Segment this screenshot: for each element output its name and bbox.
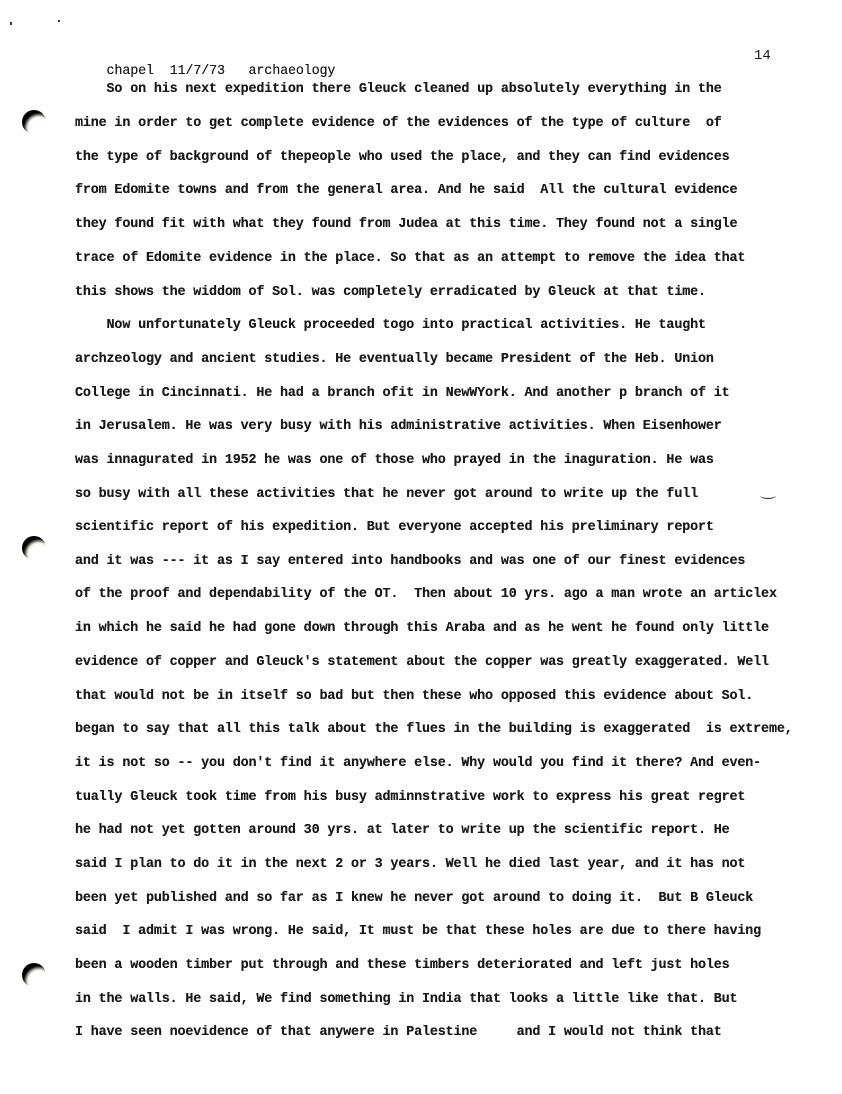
text-line: in the walls. He said, We find something…	[75, 992, 737, 1008]
text-line: So on his next expedition there Gleuck c…	[75, 82, 722, 98]
text-line: tually Gleuck took time from his busy ad…	[75, 790, 745, 806]
text-line: College in Cincinnati. He had a branch o…	[75, 386, 730, 402]
text-line: archzeology and ancient studies. He even…	[75, 352, 714, 368]
page-number: 14	[754, 48, 771, 64]
punch-hole-icon	[22, 110, 46, 134]
text-line: mine in order to get complete evidence o…	[75, 116, 722, 132]
text-line: in which he said he had gone down throug…	[75, 621, 769, 637]
stray-mark	[10, 22, 12, 25]
header-subject: archaeology	[249, 64, 336, 79]
text-line: he had not yet gotten around 30 yrs. at …	[75, 823, 730, 839]
text-line: said I admit I was wrong. He said, It mu…	[75, 924, 761, 940]
text-line: this shows the widdom of Sol. was comple…	[75, 285, 706, 301]
text-line: in Jerusalem. He was very busy with his …	[75, 419, 722, 435]
stray-mark	[58, 20, 60, 22]
text-line: scientific report of his expedition. But…	[75, 520, 714, 536]
text-line: began to say that all this talk about th…	[75, 722, 793, 738]
text-line: trace of Edomite evidence in the place. …	[75, 251, 745, 267]
punch-hole-icon	[22, 536, 46, 560]
text-line: and it was --- it as I say entered into …	[75, 554, 745, 570]
text-line: been yet published and so far as I knew …	[75, 891, 753, 907]
margin-check-mark	[760, 492, 776, 499]
text-line: that would not be in itself so bad but t…	[75, 689, 753, 705]
text-line: the type of background of thepeople who …	[75, 150, 730, 166]
text-line: been a wooden timber put through and the…	[75, 958, 730, 974]
text-line: was innagurated in 1952 he was one of th…	[75, 453, 714, 469]
text-line: from Edomite towns and from the general …	[75, 183, 737, 199]
header-date: 11/7/73	[170, 64, 225, 79]
header-location: chapel	[107, 64, 154, 79]
typewritten-page: chapel 11/7/73 archaeology 14 So on his …	[0, 0, 842, 1094]
text-line: they found fit with what they found from…	[75, 217, 737, 233]
text-line: of the proof and dependability of the OT…	[75, 587, 777, 603]
text-line: said I plan to do it in the next 2 or 3 …	[75, 857, 745, 873]
text-line: Now unfortunately Gleuck proceeded togo …	[75, 318, 706, 334]
text-line: I have seen noevidence of that anywere i…	[75, 1025, 722, 1041]
text-line: it is not so -- you don't find it anywhe…	[75, 756, 761, 772]
text-line: evidence of copper and Gleuck's statemen…	[75, 655, 769, 671]
text-line: so busy with all these activities that h…	[75, 487, 698, 503]
punch-hole-icon	[22, 963, 46, 987]
